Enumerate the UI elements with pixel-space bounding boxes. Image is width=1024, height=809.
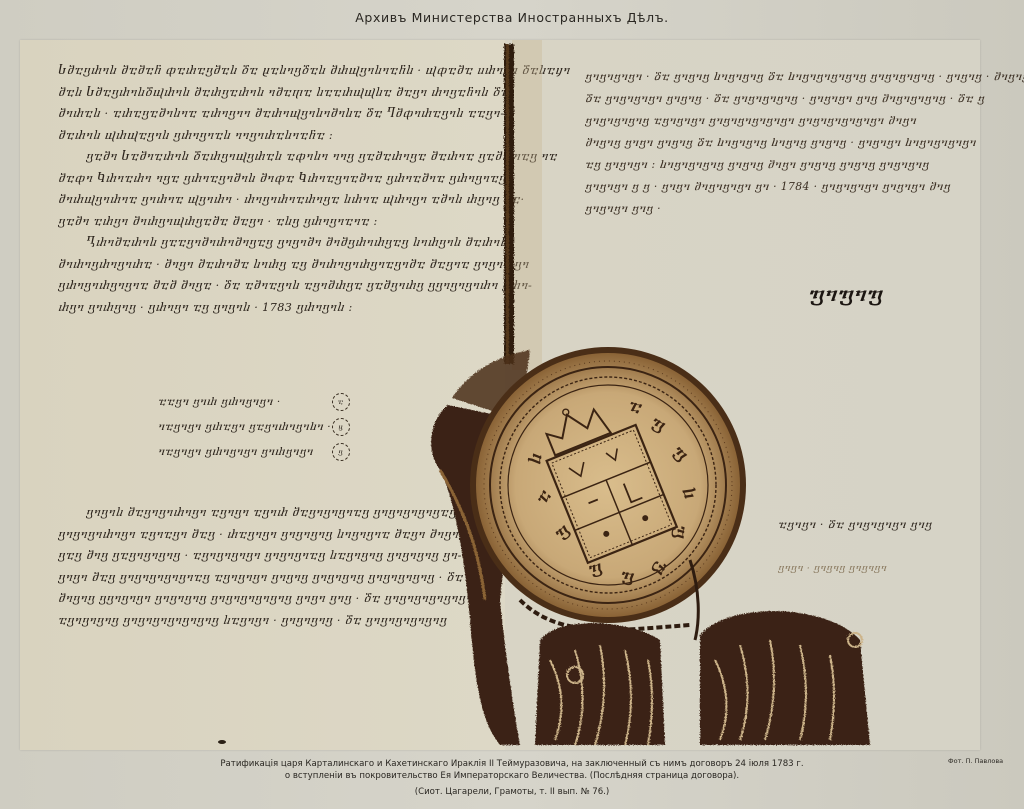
witness-item: ⴀⴀⴂⴈ ⴂⴈⴐ ⴂⴐⴈⴂⴈⴂⴈ · ⴀ [158, 390, 350, 415]
text-line: ⴋⴈⴂⴈⴂ ⴂⴂⴈⴂⴈⴂⴈ ⴂⴈⴂⴈⴂⴈⴂ ⴂⴈⴂⴈⴂⴈⴂⴈⴂⴈⴂ ⴂⴈⴂⴈ ⴂ… [58, 588, 496, 610]
left-page-bottom-text: ⴂⴈⴂⴈⴑ ⴋⴀⴂⴈⴂⴈⴐⴈⴂⴈ ⴀⴂⴈⴂⴈ ⴀⴂⴈⴐ ⴋⴀⴂⴈⴂⴈⴂⴈⴀⴂ ⴂ… [58, 502, 496, 631]
text-line: ⴂⴐⴈⴂⴈⴐⴂⴈⴂⴈⴀ ⴋⴀⴋ ⴋⴈⴂⴀ · ⴃⴀ ⴀⴋⴈⴀⴂⴈⴑ ⴀⴂⴈⴋⴐⴂ… [58, 275, 570, 297]
numeral-circle: ⴂ [332, 443, 350, 461]
royal-signature: ⴂⴈⴂⴈⴂ [808, 282, 883, 306]
witness-list: ⴀⴀⴂⴈ ⴂⴈⴐ ⴂⴐⴈⴂⴈⴂⴈ · ⴀ ⴈⴀⴂⴈⴂⴈ ⴂⴐⴀⴂⴈ ⴂⴀⴂⴈⴐⴈ… [158, 390, 350, 465]
marginal-note: ⴀⴂⴈⴂⴈ · ⴃⴀ ⴂⴈⴂⴈⴂⴈⴂⴈ ⴂⴈⴂ [778, 518, 932, 531]
left-page-text-block: Ⴑⴋⴀⴂⴐⴈⴑ ⴋⴀⴋⴀⴌ ⴔⴀⴐⴀⴂⴋⴀⴑ ⴃⴀ ⴞⴀⴑⴈⴂⴃⴀⴑ ⴋⴐⴓⴂⴈ… [58, 60, 570, 318]
photo-credit: Фот. П. Павлова [948, 757, 1003, 765]
witness-item: ⴈⴀⴂⴈⴂⴈ ⴂⴐⴈⴂⴈⴂⴈ ⴂⴈⴐⴂⴈⴂⴈ ⴂ [158, 440, 350, 465]
text-line: ⴂⴀⴋⴈ ⴀⴐⴂⴈ ⴋⴈⴐⴂⴈⴓⴐⴂⴀⴋⴀ ⴋⴀⴂⴈ · ⴀⴑⴂ ⴂⴐⴈⴂⴈⴀⴈ… [58, 211, 570, 233]
text-line: Ⴂⴐⴈⴋⴀⴐⴈⴑ ⴂⴀⴀⴂⴈⴋⴈⴐⴈⴋⴈⴂⴀⴂ ⴂⴈⴂⴈⴋⴈ ⴋⴈⴋⴂⴐⴈⴐⴂⴀ… [58, 232, 570, 254]
caption-line-2: о вступленіи въ покровительство Ея Импер… [285, 771, 739, 781]
text-line: ⴋⴈⴐⴓⴂⴈⴐⴈⴀ ⴂⴈⴐⴈⴀ ⴓⴂⴈⴐⴈ · ⴐⴈⴂⴈⴐⴈⴀⴐⴈⴂⴀ ⴑⴐⴈⴀ… [58, 189, 570, 211]
plate-caption: Ратификація царя Карталинскаго и Кахетин… [0, 758, 1024, 798]
faint-note: ⴂⴈⴂⴈ · ⴂⴈⴂⴈⴂ ⴂⴈⴂⴈⴂⴈ [778, 563, 887, 574]
text-line: ⴋⴀⴐⴈⴑ ⴓⴐⴓⴀⴂⴈⴑ ⴂⴐⴈⴂⴈⴀⴑ ⴈⴈⴂⴈⴐⴀⴑⴈⴀⴌⴀ : [58, 125, 570, 147]
witness-item: ⴈⴀⴂⴈⴂⴈ ⴂⴐⴀⴂⴈ ⴂⴀⴂⴈⴐⴈⴂⴈⴑⴈ · ⴁ [158, 415, 350, 440]
text-line: ⴋⴀⴔⴈ Ⴉⴐⴈⴀⴐⴈ ⴈⴂⴀ ⴂⴐⴈⴀⴂⴈⴋⴈⴑ ⴋⴈⴔⴀ Ⴉⴐⴈⴀⴂⴈⴀⴋⴈ… [58, 168, 570, 190]
text-line: ⴀⴂ ⴂⴈⴂⴈⴂⴈ : ⴑⴈⴂⴈⴂⴈⴂⴈⴂ ⴂⴈⴂⴈⴂ ⴋⴈⴂⴈ ⴂⴈⴂⴈⴂ ⴂ… [585, 154, 1024, 176]
text-line: ⴐⴂⴈ ⴂⴈⴐⴂⴈⴂ · ⴂⴐⴈⴂⴈ ⴀⴂ ⴂⴈⴂⴈⴑ · 1783 ⴂⴐⴈⴂⴈ… [58, 297, 570, 319]
numeral-circle: ⴀ [332, 393, 350, 411]
caption-line-1: Ратификація царя Карталинскаго и Кахетин… [220, 759, 803, 769]
text-line: ⴂⴈⴂⴈⴂⴈ ⴂⴈⴂ · [585, 198, 1024, 220]
text-line: ⴋⴀⴑ Ⴑⴋⴀⴂⴐⴈⴑⴃⴓⴐⴈⴑ ⴋⴀⴐⴂⴀⴐⴈⴑ ⴈⴋⴀⴅⴀ ⴑⴀⴀⴐⴓⴓⴑⴀ… [58, 82, 570, 104]
text-line: ⴂⴈⴂⴈ ⴋⴀⴂ ⴂⴈⴂⴈⴂⴈⴂⴈⴂⴈⴀⴂ ⴀⴂⴈⴂⴈⴂⴈ ⴂⴈⴂⴈⴂ ⴂⴈⴂⴈ… [58, 567, 496, 589]
text-line: ⴋⴈⴐⴀⴑ · ⴀⴐⴀⴂⴀⴋⴈⴑⴈⴀ ⴀⴐⴈⴂⴈⴈ ⴋⴀⴐⴈⴓⴂⴈⴑⴈⴋⴈⴑⴀ … [58, 103, 570, 125]
text-line: ⴂⴀⴋⴈ Ⴑⴀⴋⴈⴀⴐⴈⴑ ⴃⴀⴐⴂⴈⴓⴂⴐⴀⴑ ⴀⴔⴈⴑⴈ ⴈⴈⴂ ⴂⴀⴋⴀⴐ… [58, 146, 570, 168]
text-line: ⴋⴈⴐⴈⴂⴐⴈⴂⴈⴐⴀ · ⴋⴈⴂⴈ ⴋⴀⴐⴈⴋⴀ ⴑⴈⴐⴂ ⴀⴂ ⴋⴈⴐⴈⴂⴈ… [58, 254, 570, 276]
text-line: ⴂⴈⴂⴈⴂⴈⴂⴈ · ⴃⴀ ⴂⴈⴂⴈⴂ ⴑⴈⴂⴈⴂⴈⴂ ⴃⴀ ⴑⴈⴂⴈⴂⴈⴂⴈⴂ… [585, 66, 1024, 88]
text-line: Ⴑⴋⴀⴂⴐⴈⴑ ⴋⴀⴋⴀⴌ ⴔⴀⴐⴀⴂⴋⴀⴑ ⴃⴀ ⴞⴀⴑⴈⴂⴃⴀⴑ ⴋⴐⴓⴂⴈ… [58, 60, 570, 82]
text-line: ⴂⴈⴂⴈⴂⴈ ⴂ ⴂ · ⴂⴈⴂⴈ ⴋⴈⴂⴈⴂⴈⴂⴈ ⴂⴈ · 1784 · ⴂ… [585, 176, 1024, 198]
archive-header: Архивъ Министерства Иностранныхъ Дѣлъ. [0, 10, 1024, 25]
text-line: ⴂⴈⴂⴈⴂⴈⴐⴈⴂⴈ ⴀⴂⴈⴀⴂⴈ ⴋⴀⴂ · ⴐⴀⴂⴈⴂⴈ ⴂⴈⴂⴈⴂⴈⴂ ⴑ… [58, 524, 496, 546]
right-page-text-block: ⴂⴈⴂⴈⴂⴈⴂⴈ · ⴃⴀ ⴂⴈⴂⴈⴂ ⴑⴈⴂⴈⴂⴈⴂ ⴃⴀ ⴑⴈⴂⴈⴂⴈⴂⴈⴂ… [585, 66, 1024, 220]
text-line: ⴂⴀⴂ ⴋⴈⴂ ⴂⴀⴂⴈⴂⴈⴂⴈⴂ · ⴀⴂⴈⴂⴈⴂⴈⴂⴈ ⴂⴈⴂⴈⴂⴈⴀⴂ ⴑ… [58, 545, 496, 567]
text-line: ⴃⴀ ⴂⴈⴂⴈⴂⴈⴂⴈ ⴂⴈⴂⴈⴂ · ⴃⴀ ⴂⴈⴂⴈⴂⴈⴂⴈⴂ · ⴂⴈⴂⴈⴂ… [585, 88, 1024, 110]
numeral-circle: ⴁ [332, 418, 350, 436]
text-line: ⴋⴈⴂⴈⴂ ⴂⴈⴂⴈ ⴂⴈⴂⴈⴂ ⴃⴀ ⴑⴈⴂⴈⴂⴈⴂ ⴑⴈⴂⴈⴂ ⴂⴈⴂⴈⴂ … [585, 132, 1024, 154]
text-line: ⴂⴈⴂⴈⴑ ⴋⴀⴂⴈⴂⴈⴐⴈⴂⴈ ⴀⴂⴈⴂⴈ ⴀⴂⴈⴐ ⴋⴀⴂⴈⴂⴈⴂⴈⴀⴂ ⴂ… [58, 502, 496, 524]
text-line: ⴂⴈⴂⴈⴂⴈⴂⴈⴂ ⴀⴂⴈⴂⴈⴂⴈ ⴂⴈⴂⴈⴂⴈⴂⴈⴂⴈⴂⴈ ⴂⴈⴂⴈⴂⴈⴂⴈⴂ… [585, 110, 1024, 132]
caption-source: (Сиот. Цагарели, Грамоты, т. II вып. № 7… [0, 786, 1024, 798]
text-line: ⴀⴂⴈⴂⴈⴂⴈⴂ ⴂⴈⴂⴈⴂⴈⴂⴈⴂⴈⴂⴈⴂ ⴑⴀⴂⴈⴂⴈ · ⴂⴈⴂⴈⴂⴈⴂ … [58, 610, 496, 632]
